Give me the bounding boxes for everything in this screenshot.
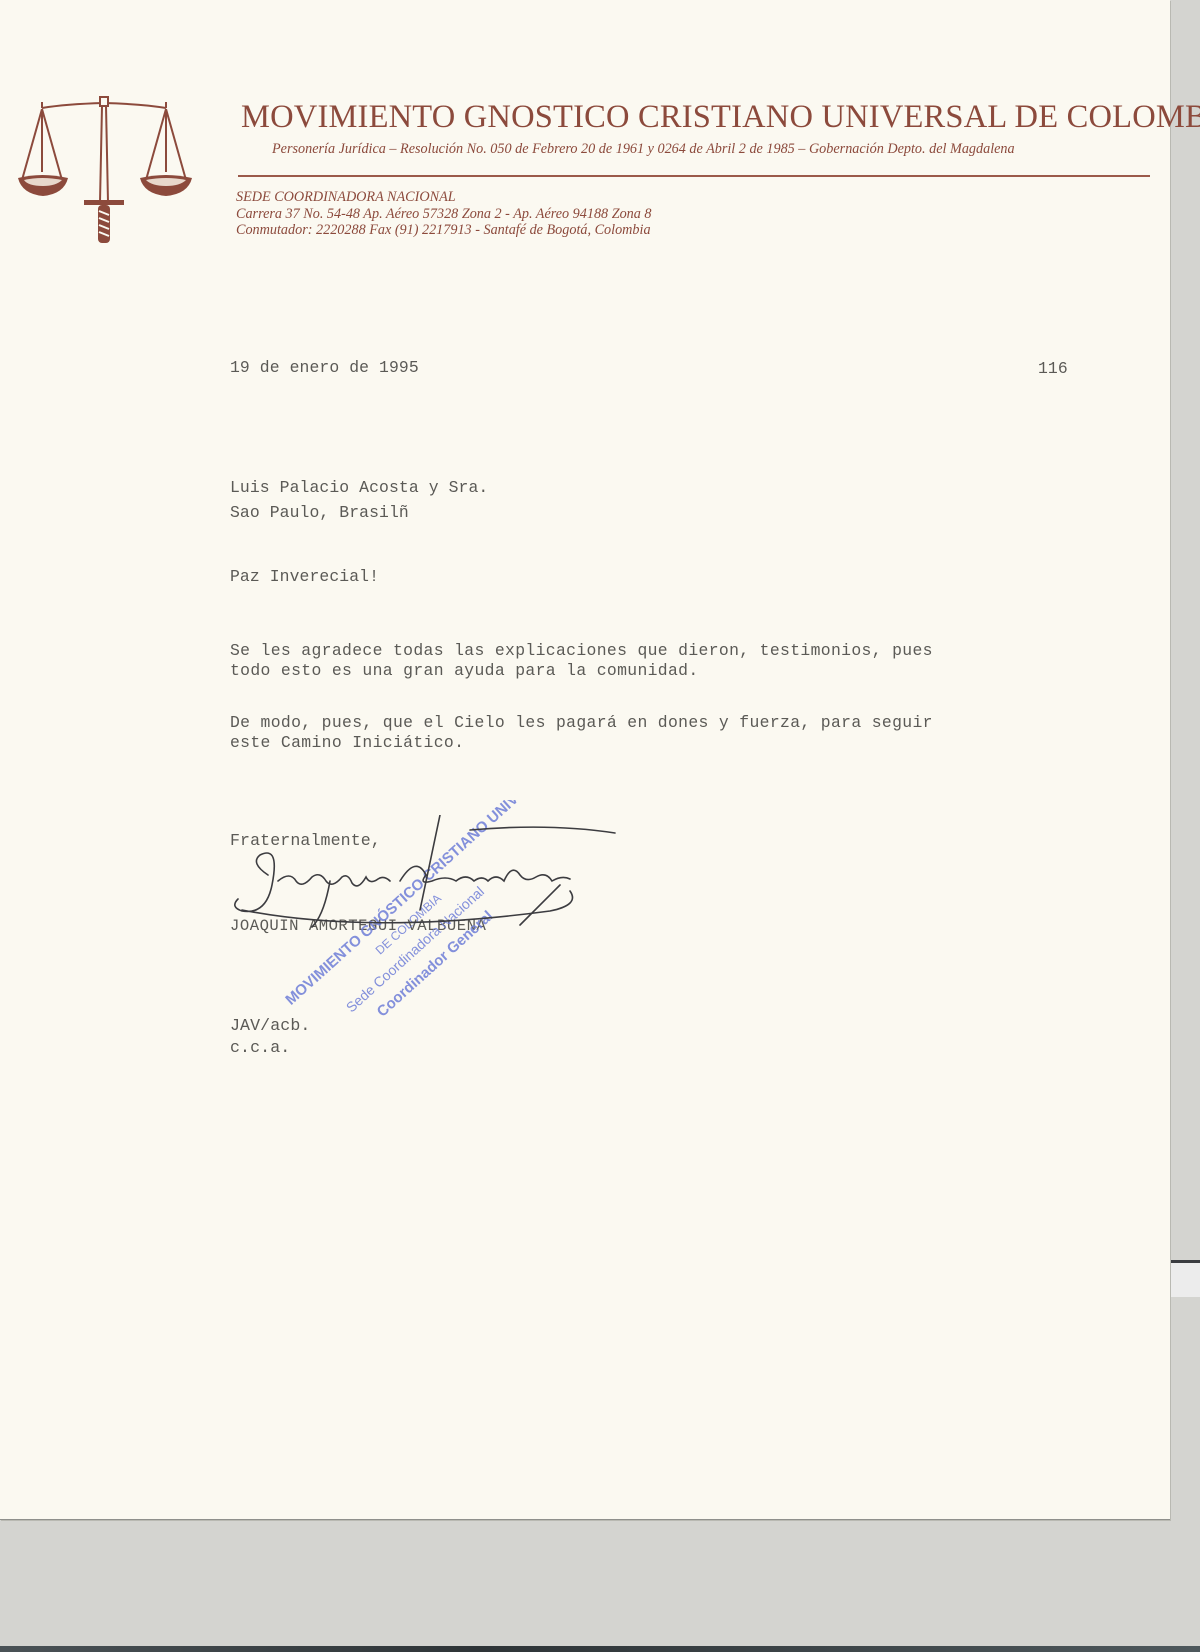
letterhead-divider bbox=[238, 175, 1150, 177]
address-block: SEDE COORDINADORA NACIONAL Carrera 37 No… bbox=[236, 189, 652, 239]
body-paragraph-1: Se les agradece todas las explicaciones … bbox=[230, 641, 933, 681]
recipient-name: Luis Palacio Acosta y Sra. bbox=[230, 475, 488, 500]
legal-registration-line: Personería Jurídica – Resolución No. 050… bbox=[272, 141, 1152, 158]
signer-name: JOAQUIN AMORTEGUI VALBUENA bbox=[230, 917, 486, 935]
scanner-edge-light bbox=[1171, 1263, 1200, 1297]
letter-date: 19 de enero de 1995 bbox=[230, 358, 419, 377]
stamp-line-3: Sede Coordinadora Nacional bbox=[343, 883, 487, 1015]
reference-initials-block: JAV/acb.c.c.a. bbox=[230, 1015, 310, 1059]
letter-page: MOVIMIENTO GNOSTICO CRISTIANO UNIVERSAL … bbox=[0, 0, 1170, 1520]
scales-and-sword-icon bbox=[16, 94, 192, 250]
office-name: SEDE COORDINADORA NACIONAL bbox=[236, 189, 652, 206]
typist-initials: JAV/acb. bbox=[230, 1015, 310, 1037]
closing: Fraternalmente, bbox=[230, 831, 381, 850]
signature-text: Joaquin Amortegui bbox=[220, 815, 229, 816]
reference-number: 116 bbox=[1038, 359, 1068, 378]
recipient-location: Sao Paulo, Brasilñ bbox=[230, 500, 488, 525]
body-paragraph-2: De modo, pues, que el Cielo les pagará e… bbox=[230, 713, 933, 753]
greeting: Paz Inverecial! bbox=[230, 567, 379, 586]
copy-note: c.c.a. bbox=[230, 1037, 310, 1059]
recipient-block: Luis Palacio Acosta y Sra.Sao Paulo, Bra… bbox=[230, 475, 488, 525]
organization-name: MOVIMIENTO GNOSTICO CRISTIANO UNIVERSAL … bbox=[241, 99, 1161, 136]
phone-fax-line: Conmutador: 2220288 Fax (91) 2217913 - S… bbox=[236, 222, 652, 239]
scanner-bed-edge bbox=[0, 1646, 1200, 1652]
postal-address: Carrera 37 No. 54-48 Ap. Aéreo 57328 Zon… bbox=[236, 206, 652, 223]
